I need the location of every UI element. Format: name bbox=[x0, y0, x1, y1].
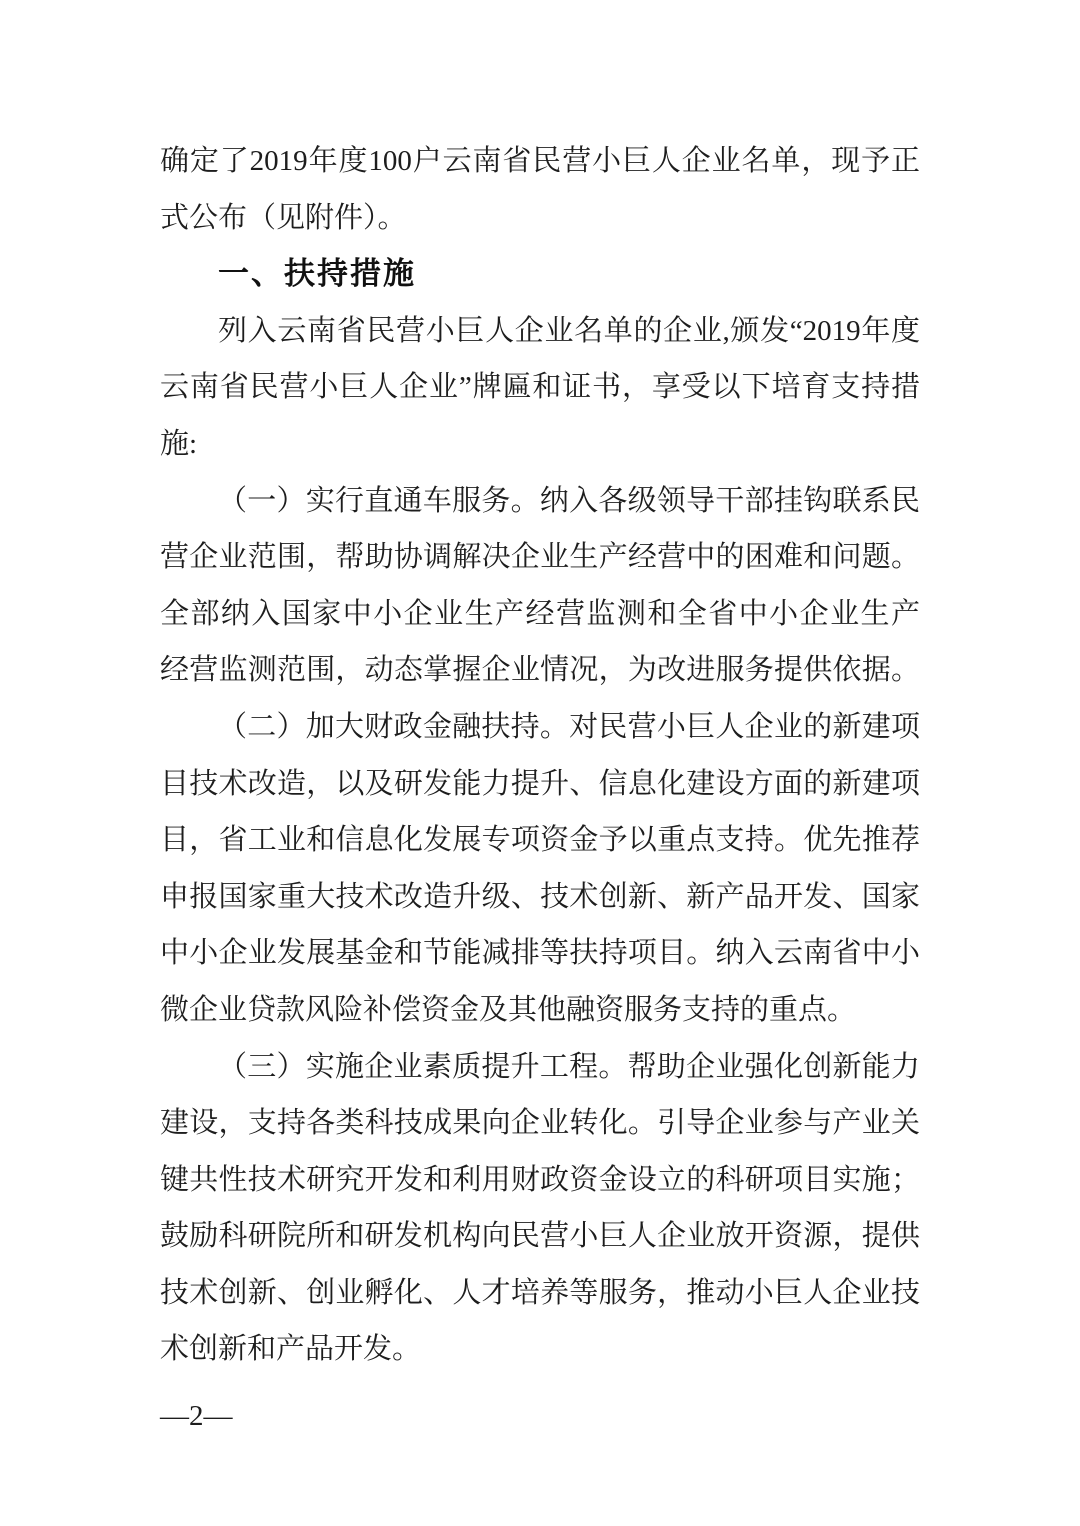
body-line: （三）实施企业素质提升工程。帮助企业强化创新能力 bbox=[160, 1039, 920, 1096]
body-line: 经营监测范围，动态掌握企业情况，为改进服务提供依据。 bbox=[160, 642, 920, 699]
body-line: 术创新和产品开发。 bbox=[160, 1321, 920, 1378]
body-line: 微企业贷款风险补偿资金及其他融资服务支持的重点。 bbox=[160, 982, 920, 1039]
section-heading: 一、扶持措施 bbox=[160, 246, 920, 303]
body-line: 施: bbox=[160, 416, 920, 473]
body-line: 技术创新、创业孵化、人才培养等服务，推动小巨人企业技 bbox=[160, 1265, 920, 1322]
body-line: 式公布（见附件）。 bbox=[160, 190, 920, 247]
body-line: 申报国家重大技术改造升级、技术创新、新产品开发、国家 bbox=[160, 869, 920, 926]
page-number: —2— bbox=[160, 1398, 233, 1434]
body-line: 键共性技术研究开发和利用财政资金设立的科研项目实施； bbox=[160, 1152, 920, 1209]
body-line: 目技术改造，以及研发能力提升、信息化建设方面的新建项 bbox=[160, 756, 920, 813]
body-line: 全部纳入国家中小企业生产经营监测和全省中小企业生产 bbox=[160, 586, 920, 643]
document-page: 确定了2019年度100户云南省民营小巨人企业名单，现予正 式公布（见附件）。 … bbox=[0, 0, 1080, 1526]
body-line: 列入云南省民营小巨人企业名单的企业,颁发“2019年度 bbox=[160, 303, 920, 360]
body-line: 鼓励科研院所和研发机构向民营小巨人企业放开资源，提供 bbox=[160, 1208, 920, 1265]
body-line: （二）加大财政金融扶持。对民营小巨人企业的新建项 bbox=[160, 699, 920, 756]
body-line: 营企业范围，帮助协调解决企业生产经营中的困难和问题。 bbox=[160, 529, 920, 586]
body-line: 确定了2019年度100户云南省民营小巨人企业名单，现予正 bbox=[160, 133, 920, 190]
body-line: 建设，支持各类科技成果向企业转化。引导企业参与产业关 bbox=[160, 1095, 920, 1152]
body-line: （一）实行直通车服务。纳入各级领导干部挂钩联系民 bbox=[160, 473, 920, 530]
body-line: 中小企业发展基金和节能减排等扶持项目。纳入云南省中小 bbox=[160, 925, 920, 982]
body-line: 目，省工业和信息化发展专项资金予以重点支持。优先推荐 bbox=[160, 812, 920, 869]
body-line: 云南省民营小巨人企业”牌匾和证书，享受以下培育支持措 bbox=[160, 359, 920, 416]
text-content: 确定了2019年度100户云南省民营小巨人企业名单，现予正 式公布（见附件）。 … bbox=[160, 133, 920, 1378]
